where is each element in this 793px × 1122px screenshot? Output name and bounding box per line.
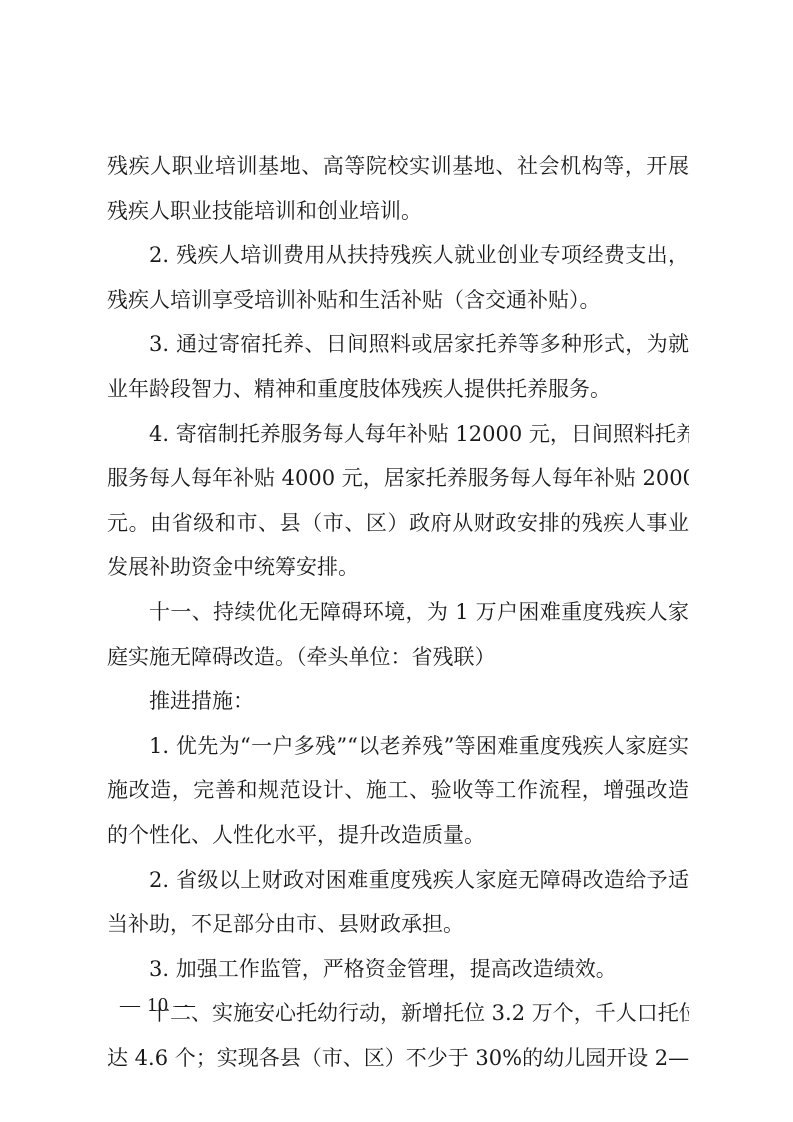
document-body: 残疾人职业培训基地、高等院校实训基地、社会机构等，开展 残疾人职业技能培训和创业…	[107, 144, 689, 1080]
text-line: 1. 优先为“一户多残”“以老养残”等困难重度残疾人家庭实	[107, 724, 689, 769]
text-line: 残疾人职业技能培训和创业培训。	[107, 189, 689, 234]
text-line: 服务每人每年补贴 4000 元，居家托养服务每人每年补贴 2000	[107, 456, 689, 501]
text-line: 3. 通过寄宿托养、日间照料或居家托养等多种形式，为就	[107, 322, 689, 367]
section-heading-line: 十一、持续优化无障碍环境，为 1 万户困难重度残疾人家	[107, 590, 689, 635]
section-heading-line: 达 4.6 个；实现各县（市、区）不少于 30%的幼儿园开设 2—3	[107, 1036, 689, 1081]
measures-label: 推进措施：	[107, 679, 689, 724]
document-page: 残疾人职业培训基地、高等院校实训基地、社会机构等，开展 残疾人职业技能培训和创业…	[0, 0, 793, 1122]
text-line: 施改造，完善和规范设计、施工、验收等工作流程，增强改造	[107, 768, 689, 813]
text-line: 残疾人职业培训基地、高等院校实训基地、社会机构等，开展	[107, 144, 689, 189]
text-line: 2. 省级以上财政对困难重度残疾人家庭无障碍改造给予适	[107, 858, 689, 903]
text-line: 4. 寄宿制托养服务每人每年补贴 12000 元，日间照料托养	[107, 412, 689, 457]
text-line: 当补助，不足部分由市、县财政承担。	[107, 902, 689, 947]
text-line: 2. 残疾人培训费用从扶持残疾人就业创业专项经费支出，	[107, 233, 689, 278]
section-heading-line: 庭实施无障碍改造。（牵头单位：省残联）	[107, 635, 689, 680]
text-line: 的个性化、人性化水平，提升改造质量。	[107, 813, 689, 858]
page-number: — 10 —	[120, 994, 196, 1017]
text-line: 残疾人培训享受培训补贴和生活补贴（含交通补贴）。	[107, 278, 689, 323]
text-line: 元。由省级和市、县（市、区）政府从财政安排的残疾人事业	[107, 501, 689, 546]
text-line: 3. 加强工作监管，严格资金管理，提高改造绩效。	[107, 947, 689, 992]
text-line: 业年龄段智力、精神和重度肢体残疾人提供托养服务。	[107, 367, 689, 412]
text-line: 发展补助资金中统筹安排。	[107, 545, 689, 590]
